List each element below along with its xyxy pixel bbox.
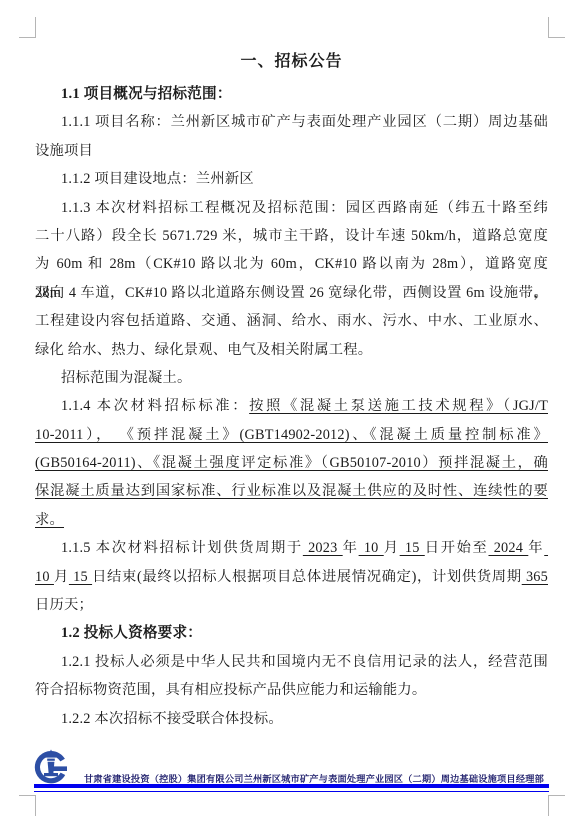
doc-line: 求。 <box>35 506 548 534</box>
text-run: 二十八路）段全长 5671.729 米，城市主干路，设计车速 50km/h，道路… <box>35 228 548 244</box>
text-run: 日开始至 <box>425 540 489 556</box>
text-run: 绿化 给水、热力、绿化景观、电气及相关附属工程。 <box>35 342 372 358</box>
doc-line: 10-2011）， 《预拌混凝土》(GBT14902-2012)、《混凝土质量控… <box>35 421 548 449</box>
text-run: 1.1.2 项目建设地点：兰州新区 <box>61 171 254 187</box>
underlined-text-run: (GB50164-2011)、《混凝土强度评定标准》（GB50107-2010）… <box>35 455 548 471</box>
doc-line: 工程建设内容包括道路、交通、涵洞、给水、雨水、污水、中水、工业原水、 <box>35 307 548 335</box>
underlined-text-run: 2024 <box>488 540 528 556</box>
doc-line: 设施项目 <box>35 137 548 165</box>
text-run: 1.1.5 本次材料招标计划供货周期于 <box>61 540 303 556</box>
underlined-text-run: 保混凝土质量达到国家标准、行业标准以及混凝土供应的及时性、连续性的要 <box>35 483 548 499</box>
crop-mark-bottom-left <box>19 795 36 816</box>
footer-rule-thin <box>34 791 549 792</box>
doc-line: 日历天； <box>35 591 548 619</box>
document-page: { "page": { "background": "#ffffff", "cr… <box>0 0 581 823</box>
text-run: 招标范围为混凝土。 <box>61 370 191 386</box>
text-run: 1.2.2 本次招标不接受联合体投标。 <box>61 711 283 727</box>
crop-mark-top-right <box>548 17 565 38</box>
doc-line: 双向 4 车道，CK#10 路以北道路东侧设置 26 宽绿化带，西侧设置 6m … <box>35 279 548 307</box>
footer-company-line: 甘肃省建设投资（控股）集团有限公司兰州新区城市矿产与表面处理产业园区（二期）周边… <box>84 771 550 785</box>
underlined-text-run: 15 <box>69 569 92 585</box>
text-run: 月 <box>384 540 400 556</box>
doc-line: 为 60m 和 28m（CK#10 路以北为 60m，CK#10 路以南为 28… <box>35 250 548 278</box>
underlined-text-run: 求。 <box>35 512 64 528</box>
underlined-text-run: 按照《混凝土泵送施工技术规程》（JGJ/T <box>249 398 548 414</box>
text-run: 年 <box>528 540 544 556</box>
text-run: 1.1 项目概况与招标范围： <box>61 86 232 102</box>
doc-line: 1.1.4 本次材料招标标准：按照《混凝土泵送施工技术规程》（JGJ/T <box>35 392 548 420</box>
text-run: 1.1.4 本次材料招标标准： <box>61 398 249 414</box>
doc-line: 1.1.2 项目建设地点：兰州新区 <box>35 165 548 193</box>
doc-title: 一、招标公告 <box>35 44 548 80</box>
underlined-text-run: 2023 <box>303 540 343 556</box>
text-run: 符合招标物资范围，具有相应投标产品供应能力和运输能力。 <box>35 682 426 698</box>
text-run: 年 <box>343 540 359 556</box>
doc-line: (GB50164-2011)、《混凝土强度评定标准》（GB50107-2010）… <box>35 449 548 477</box>
text-run: 双向 4 车道，CK#10 路以北道路东侧设置 26 宽绿化带，西侧设置 6m … <box>35 285 548 301</box>
underlined-text-run: 10 <box>35 569 54 585</box>
doc-line: 1.2.2 本次招标不接受联合体投标。 <box>35 705 548 733</box>
text-run: 日历天； <box>35 597 93 613</box>
crop-mark-top-left <box>19 17 36 38</box>
underlined-text-run: 10 <box>359 540 384 556</box>
doc-line: 招标范围为混凝土。 <box>35 364 548 392</box>
text-run: 一、招标公告 <box>240 53 342 70</box>
doc-line: 10 月 15 日结束(最终以招标人根据项目总体进展情况确定)，计划供货周期 3… <box>35 563 548 591</box>
doc-line: 绿化 给水、热力、绿化景观、电气及相关附属工程。 <box>35 336 548 364</box>
text-run: 1.1.1 项目名称：兰州新区城市矿产与表面处理产业园区（二期）周边基础 <box>61 114 548 130</box>
underlined-text-run: 15 <box>400 540 425 556</box>
underlined-text-run: 365 <box>522 569 548 585</box>
crop-mark-bottom-right <box>548 795 565 816</box>
doc-line: 1.1.1 项目名称：兰州新区城市矿产与表面处理产业园区（二期）周边基础 <box>35 108 548 136</box>
text-run: 月 <box>54 569 69 585</box>
underlined-text-run <box>544 540 548 556</box>
doc-line: 1.1.5 本次材料招标计划供货周期于 2023 年 10 月 15 日开始至 … <box>35 534 548 562</box>
text-run: 设施项目 <box>35 143 93 159</box>
text-run: 工程建设内容包括道路、交通、涵洞、给水、雨水、污水、中水、工业原水、 <box>35 313 548 329</box>
doc-line: 二十八路）段全长 5671.729 米，城市主干路，设计车速 50km/h，道路… <box>35 222 548 250</box>
underlined-text-run: 10-2011）， 《预拌混凝土》(GBT14902-2012)、《混凝土质量控… <box>35 427 548 443</box>
doc-line: 保混凝土质量达到国家标准、行业标准以及混凝土供应的及时性、连续性的要 <box>35 477 548 505</box>
gansu-jiantou-logo <box>32 743 70 788</box>
text-run: 1.1.3 本次材料招标工程概况及招标范围：园区西路南延（纬五十路至纬 <box>61 200 548 216</box>
doc-heading: 1.1 项目概况与招标范围： <box>35 80 548 108</box>
text-run: 1.2 投标人资格要求： <box>61 625 202 641</box>
doc-line: 符合招标物资范围，具有相应投标产品供应能力和运输能力。 <box>35 676 548 704</box>
text-run: 日结束(最终以招标人根据项目总体进展情况确定)，计划供货周期 <box>92 569 522 585</box>
document-content: 一、招标公告1.1 项目概况与招标范围：1.1.1 项目名称：兰州新区城市矿产与… <box>35 44 548 733</box>
doc-line: 1.2.1 投标人必须是中华人民共和国境内无不良信用记录的法人，经营范围 <box>35 648 548 676</box>
doc-heading: 1.2 投标人资格要求： <box>35 619 548 647</box>
doc-line: 1.1.3 本次材料招标工程概况及招标范围：园区西路南延（纬五十路至纬 <box>35 194 548 222</box>
footer-rule-thick <box>34 784 549 788</box>
text-run: 1.2.1 投标人必须是中华人民共和国境内无不良信用记录的法人，经营范围 <box>61 654 548 670</box>
